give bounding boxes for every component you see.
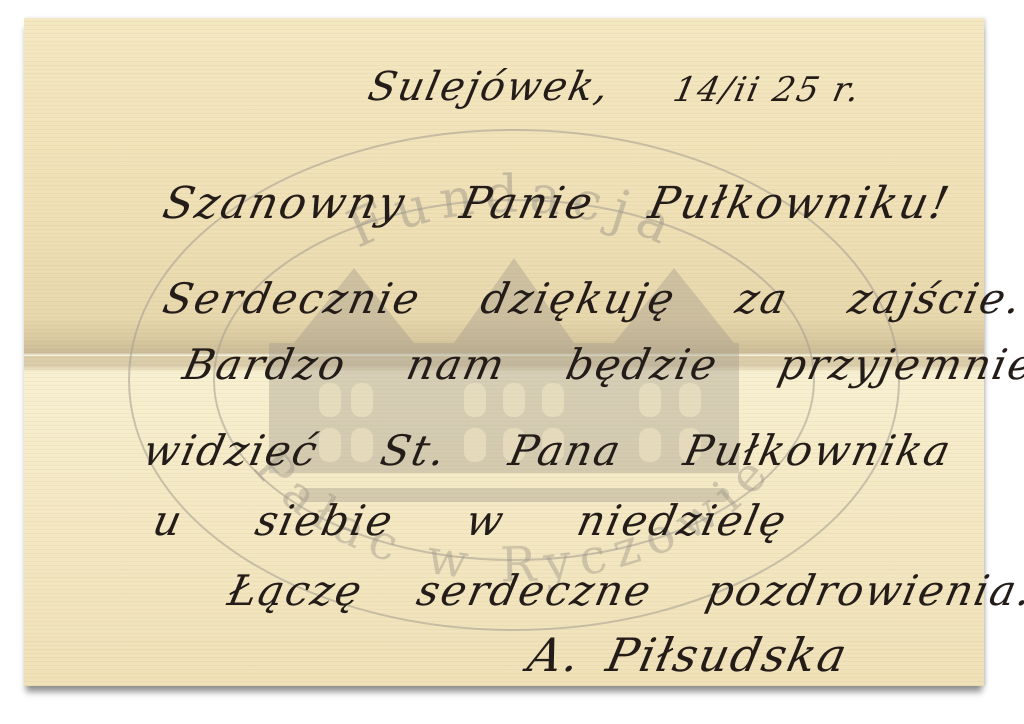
letter-paper: Fundacja Pałac w Ryczowie Sulejówek, 14/… <box>24 18 984 686</box>
letter-line: Bardzo nam będzie przyjemnie <box>179 340 1024 389</box>
letter-line: Serdecznie dziękuję za zajście. <box>159 274 1024 323</box>
letter-place: Sulejówek, <box>364 64 615 110</box>
letter-closing: Łączę serdeczne pozdrowienia. <box>224 566 1024 615</box>
letter-date: 14/ii 25 r. <box>670 70 865 110</box>
letter-line: widzieć St. Pana Pułkownika <box>139 426 957 475</box>
letter-line: u siebie w niedzielę <box>149 496 792 545</box>
letter-salutation: Szanowny Panie Pułkowniku! <box>159 178 955 229</box>
letter-signature: A. Piłsudska <box>523 628 853 682</box>
